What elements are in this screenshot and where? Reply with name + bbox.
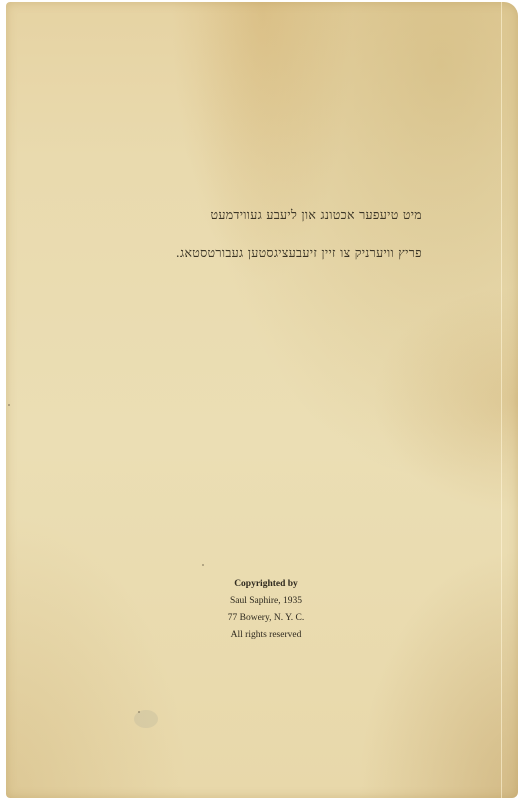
copyright-line-4: All rights reserved [166, 627, 366, 644]
paper-speck [138, 711, 140, 713]
dedication-line-1: מיט טיעפער אכטונג און ליעבע געווידמעט [108, 207, 422, 223]
copyright-line-1: Copyrighted by [166, 576, 366, 593]
paper-speck [8, 404, 10, 406]
dedication-line-2: פריץ וויערניק צו זיין זיעבעציגסטען געבור… [108, 245, 422, 261]
copyright-line-2: Saul Saphire, 1935 [166, 593, 366, 610]
copyright-notice: Copyrighted by Saul Saphire, 1935 77 Bow… [166, 576, 366, 644]
paper-speck [202, 564, 204, 566]
copyright-line-3: 77 Bowery, N. Y. C. [166, 610, 366, 627]
document-page: מיט טיעפער אכטונג און ליעבע געווידמעט פר… [6, 2, 518, 798]
page-fold-line [501, 2, 502, 798]
